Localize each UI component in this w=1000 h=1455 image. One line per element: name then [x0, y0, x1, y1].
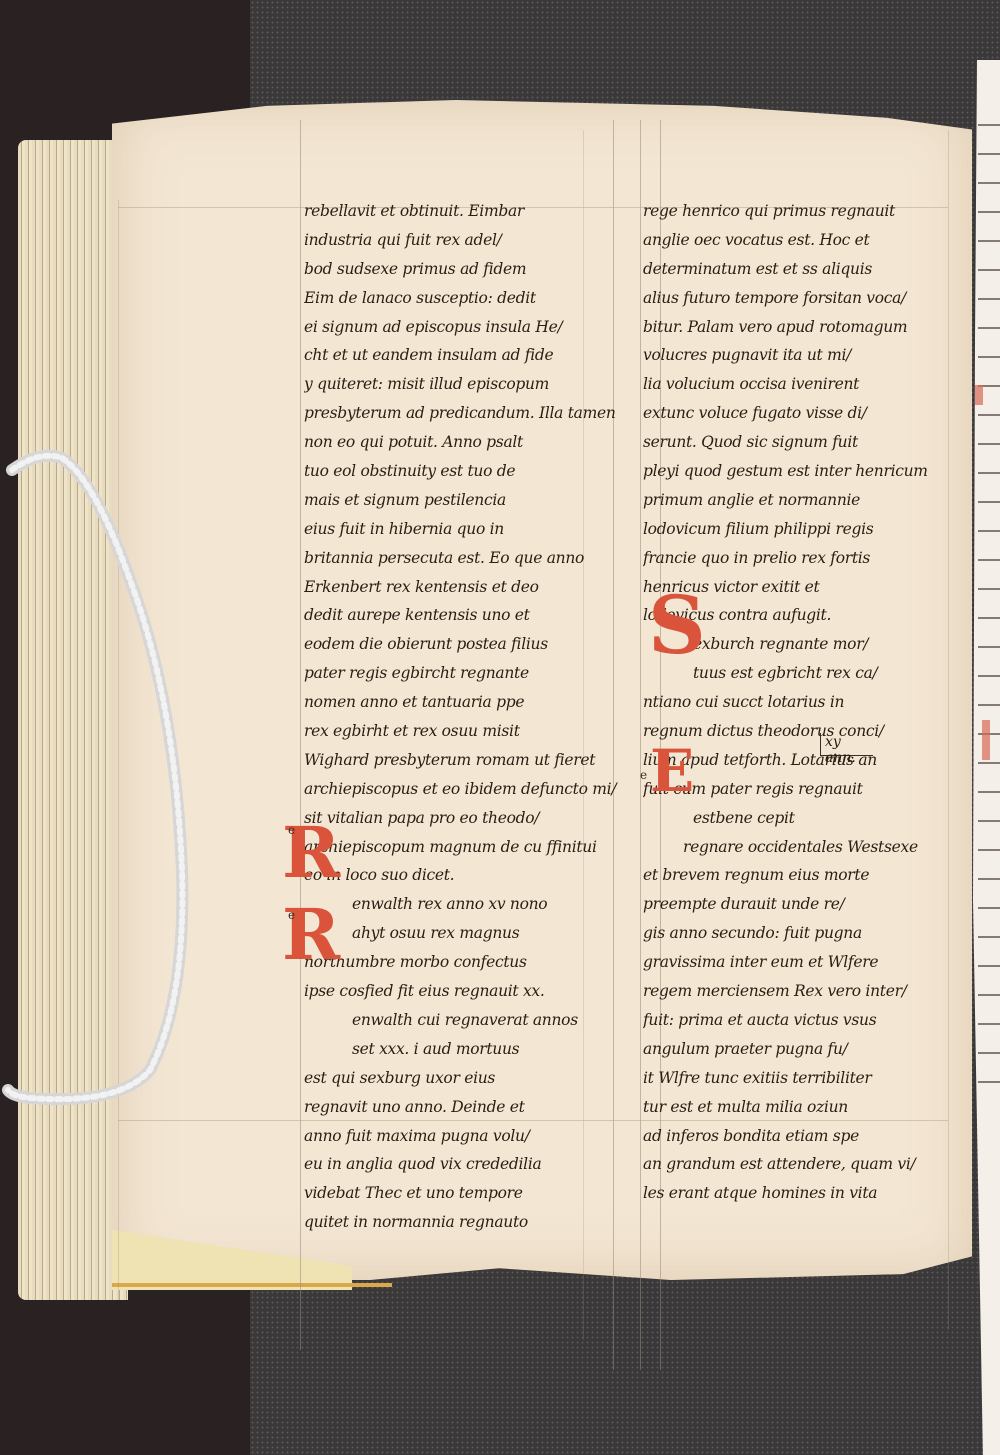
red-initial: E [650, 742, 694, 800]
facing-page-red-initial [975, 385, 983, 405]
text-line: eu in anglia quod vix crededilia [304, 1150, 629, 1179]
text-line: an grandum est attendere, quam vi/ [643, 1150, 943, 1179]
text-line: ad inferos bondita etiam spe [643, 1122, 943, 1151]
text-line: presbyterum ad predicandum. Illa tamen [304, 399, 629, 428]
text-line: set xxx. i aud mortuus [304, 1035, 629, 1064]
text-line: primum anglie et normannie [643, 486, 943, 515]
text-line: regem merciensem Rex vero inter/ [643, 977, 943, 1006]
text-line: Eim de lanaco susceptio: dedit [304, 284, 629, 313]
text-line: extunc voluce fugato visse di/ [643, 399, 943, 428]
text-line: eius fuit in hibernia quo in [304, 515, 629, 544]
text-line: gravissima inter eum et Wlfere [643, 948, 943, 977]
text-line: anglie oec vocatus est. Hoc et [643, 226, 943, 255]
text-line: regnavit uno anno. Deinde et [304, 1093, 629, 1122]
text-line: pater regis egbircht regnante [304, 659, 629, 688]
text-line: enwalth rex anno xv nono [304, 890, 629, 919]
page-yellow-edge [112, 1283, 392, 1287]
text-line: it Wlfre tunc exitiis terribiliter [643, 1064, 943, 1093]
text-line: determinatum est et ss aliquis [643, 255, 943, 284]
text-line: y quiteret: misit illud episcopum [304, 370, 629, 399]
text-line: regnare occidentales Westsexe [643, 833, 943, 862]
text-line: serunt. Quod sic signum fuit [643, 428, 943, 457]
marginal-note-box: xy ann. [820, 733, 873, 756]
red-initial: S [648, 585, 706, 665]
text-line: ipse cosfied fit eius regnauit xx. [304, 977, 629, 1006]
ruling-line [640, 120, 641, 1370]
text-line: preempte durauit unde re/ [643, 890, 943, 919]
text-line: eodem die obierunt postea filius [304, 630, 629, 659]
text-line: tuo eol obstinuity est tuo de [304, 457, 629, 486]
text-line: britannia persecuta est. Eo que anno [304, 544, 629, 573]
text-line: fuit: prima et aucta victus vsus [643, 1006, 943, 1035]
text-line: industria qui fuit rex adel/ [304, 226, 629, 255]
text-line: archiepiscopum magnum de cu ffinitui [304, 833, 629, 862]
text-column-right: rege henrico qui primus regnauit anglie … [643, 197, 943, 1208]
text-line: archiepiscopus et eo ibidem defuncto mi/ [304, 775, 629, 804]
text-line: non eo qui potuit. Anno psalt [304, 428, 629, 457]
facing-page-text [978, 110, 1000, 1110]
text-line: mais et signum pestilencia [304, 486, 629, 515]
text-line: videbat Thec et uno tempore [304, 1179, 629, 1208]
text-line: enwalth cui regnaverat annos [304, 1006, 629, 1035]
text-line: bod sudsexe primus ad fidem [304, 255, 629, 284]
text-line: ei signum ad episcopus insula He/ [304, 313, 629, 342]
text-line: lia volucium occisa ivenirent [643, 370, 943, 399]
text-line: cht et ut eandem insulam ad fide [304, 341, 629, 370]
text-line: nomen anno et tantuaria ppe [304, 688, 629, 717]
text-line: et brevem regnum eius morte [643, 861, 943, 890]
text-line: francie quo in prelio rex fortis [643, 544, 943, 573]
text-line: sit vitalian papa pro eo theodo/ [304, 804, 629, 833]
text-line: dedit aurepe kentensis uno et [304, 601, 629, 630]
text-line: lodovicum filium philippi regis [643, 515, 943, 544]
text-line: est qui sexburg uxor eius [304, 1064, 629, 1093]
text-line: ntiano cui succt lotarius in [643, 688, 943, 717]
marginal-note: xy ann. [825, 734, 873, 766]
guide-letter: e [288, 823, 295, 837]
text-line: gis anno secundo: fuit pugna [643, 919, 943, 948]
text-line: anno fuit maxima pugna volu/ [304, 1122, 629, 1151]
text-line: ahyt osuu rex magnus [304, 919, 629, 948]
text-line: alius futuro tempore forsitan voca/ [643, 284, 943, 313]
text-line: pleyi quod gestum est inter henricum [643, 457, 943, 486]
text-line: rege henrico qui primus regnauit [643, 197, 943, 226]
text-line: estbene cepit [643, 804, 943, 833]
text-line: bitur. Palam vero apud rotomagum [643, 313, 943, 342]
text-line: eo in loco suo dicet. [304, 861, 629, 890]
bookmark-string [0, 440, 220, 1140]
facing-page-red-initial [982, 720, 990, 760]
ruling-line [300, 120, 301, 1350]
guide-letter: e [288, 908, 295, 922]
text-line: quitet in normannia regnauto [304, 1208, 629, 1237]
text-line: volucres pugnavit ita ut mi/ [643, 341, 943, 370]
text-line: Wighard presbyterum romam ut fieret [304, 746, 629, 775]
text-column-left: rebellavit et obtinuit. Eimbar industria… [304, 197, 629, 1237]
text-line: rebellavit et obtinuit. Eimbar [304, 197, 629, 226]
guide-letter: e [640, 768, 647, 782]
text-line: northumbre morbo confectus [304, 948, 629, 977]
text-line: rex egbirht et rex osuu misit [304, 717, 629, 746]
ruling-line [948, 130, 949, 1330]
text-line: Erkenbert rex kentensis et deo [304, 573, 629, 602]
text-line: tur est et multa milia oziun [643, 1093, 943, 1122]
text-line: les erant atque homines in vita [643, 1179, 943, 1208]
text-line: angulum praeter pugna fu/ [643, 1035, 943, 1064]
